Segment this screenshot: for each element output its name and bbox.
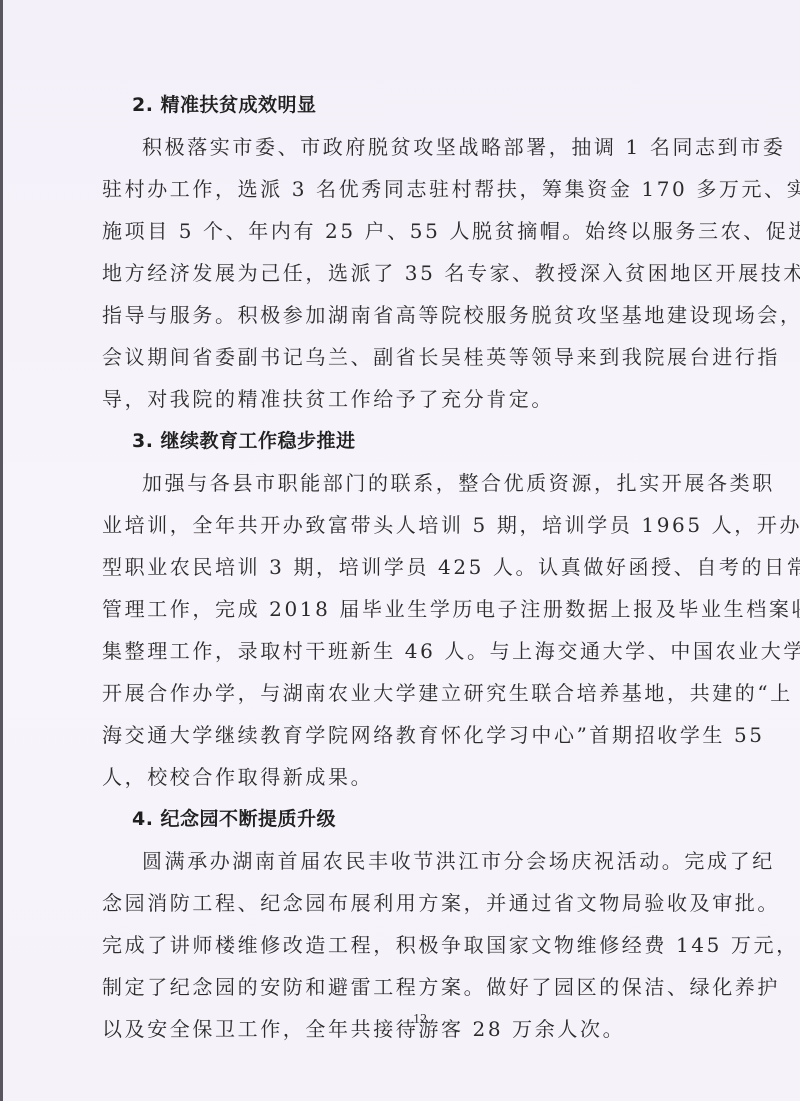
section-poverty-alleviation: 2. 精准扶贫成效明显 积极落实市委、市政府脱贫攻坚战略部署，抽调 1 名同志到… (102, 84, 694, 420)
scanned-page: 2. 精准扶贫成效明显 积极落实市委、市政府脱贫攻坚战略部署，抽调 1 名同志到… (0, 0, 800, 1101)
paragraph-line: 制定了纪念园的安防和避雷工程方案。做好了园区的保洁、绿化养护 (102, 966, 694, 1008)
paragraph-line: 指导与服务。积极参加湖南省高等院校服务脱贫攻坚基地建设现场会， (102, 294, 694, 336)
paragraph-line: 开展合作办学，与湖南农业大学建立研究生联合培养基地，共建的“上 (102, 672, 694, 714)
paragraph-line: 地方经济发展为己任，选派了 35 名专家、教授深入贫困地区开展技术 (102, 252, 694, 294)
section-continuing-education: 3. 继续教育工作稳步推进 加强与各县市职能部门的联系，整合优质资源，扎实开展各… (102, 420, 694, 798)
section-heading: 2. 精准扶贫成效明显 (102, 84, 694, 126)
paragraph-line: 加强与各县市职能部门的联系，整合优质资源，扎实开展各类职 (102, 462, 694, 504)
scan-edge (0, 0, 3, 1101)
page-number: 12 (400, 1012, 440, 1028)
paragraph-line: 圆满承办湖南首届农民丰收节洪江市分会场庆祝活动。完成了纪 (102, 840, 694, 882)
paragraph-line: 念园消防工程、纪念园布展利用方案，并通过省文物局验收及审批。 (102, 882, 694, 924)
paragraph-line: 导，对我院的精准扶贫工作给予了充分肯定。 (102, 378, 694, 420)
document-body: 2. 精准扶贫成效明显 积极落实市委、市政府脱贫攻坚战略部署，抽调 1 名同志到… (102, 84, 694, 1050)
paragraph-line: 海交通大学继续教育学院网络教育怀化学习中心”首期招收学生 55 (102, 714, 694, 756)
section-heading: 3. 继续教育工作稳步推进 (102, 420, 694, 462)
paragraph-line: 积极落实市委、市政府脱贫攻坚战略部署，抽调 1 名同志到市委 (102, 126, 694, 168)
paragraph-line: 型职业农民培训 3 期，培训学员 425 人。认真做好函授、自考的日常 (102, 546, 694, 588)
paragraph-line: 业培训，全年共开办致富带头人培训 5 期，培训学员 1965 人，开办新 (102, 504, 694, 546)
paragraph-line: 施项目 5 个、年内有 25 户、55 人脱贫摘帽。始终以服务三农、促进 (102, 210, 694, 252)
paragraph-line: 驻村办工作，选派 3 名优秀同志驻村帮扶，筹集资金 170 多万元、实 (102, 168, 694, 210)
section-memorial-park: 4. 纪念园不断提质升级 圆满承办湖南首届农民丰收节洪江市分会场庆祝活动。完成了… (102, 798, 694, 1050)
paragraph-line: 完成了讲师楼维修改造工程，积极争取国家文物维修经费 145 万元， (102, 924, 694, 966)
section-heading: 4. 纪念园不断提质升级 (102, 798, 694, 840)
paragraph-line: 管理工作，完成 2018 届毕业生学历电子注册数据上报及毕业生档案收 (102, 588, 694, 630)
paragraph-line: 人，校校合作取得新成果。 (102, 756, 694, 798)
paragraph-line: 会议期间省委副书记乌兰、副省长吴桂英等领导来到我院展台进行指 (102, 336, 694, 378)
paragraph-line: 以及安全保卫工作，全年共接待游客 28 万余人次。 (102, 1008, 694, 1050)
paragraph-line: 集整理工作，录取村干班新生 46 人。与上海交通大学、中国农业大学 (102, 630, 694, 672)
